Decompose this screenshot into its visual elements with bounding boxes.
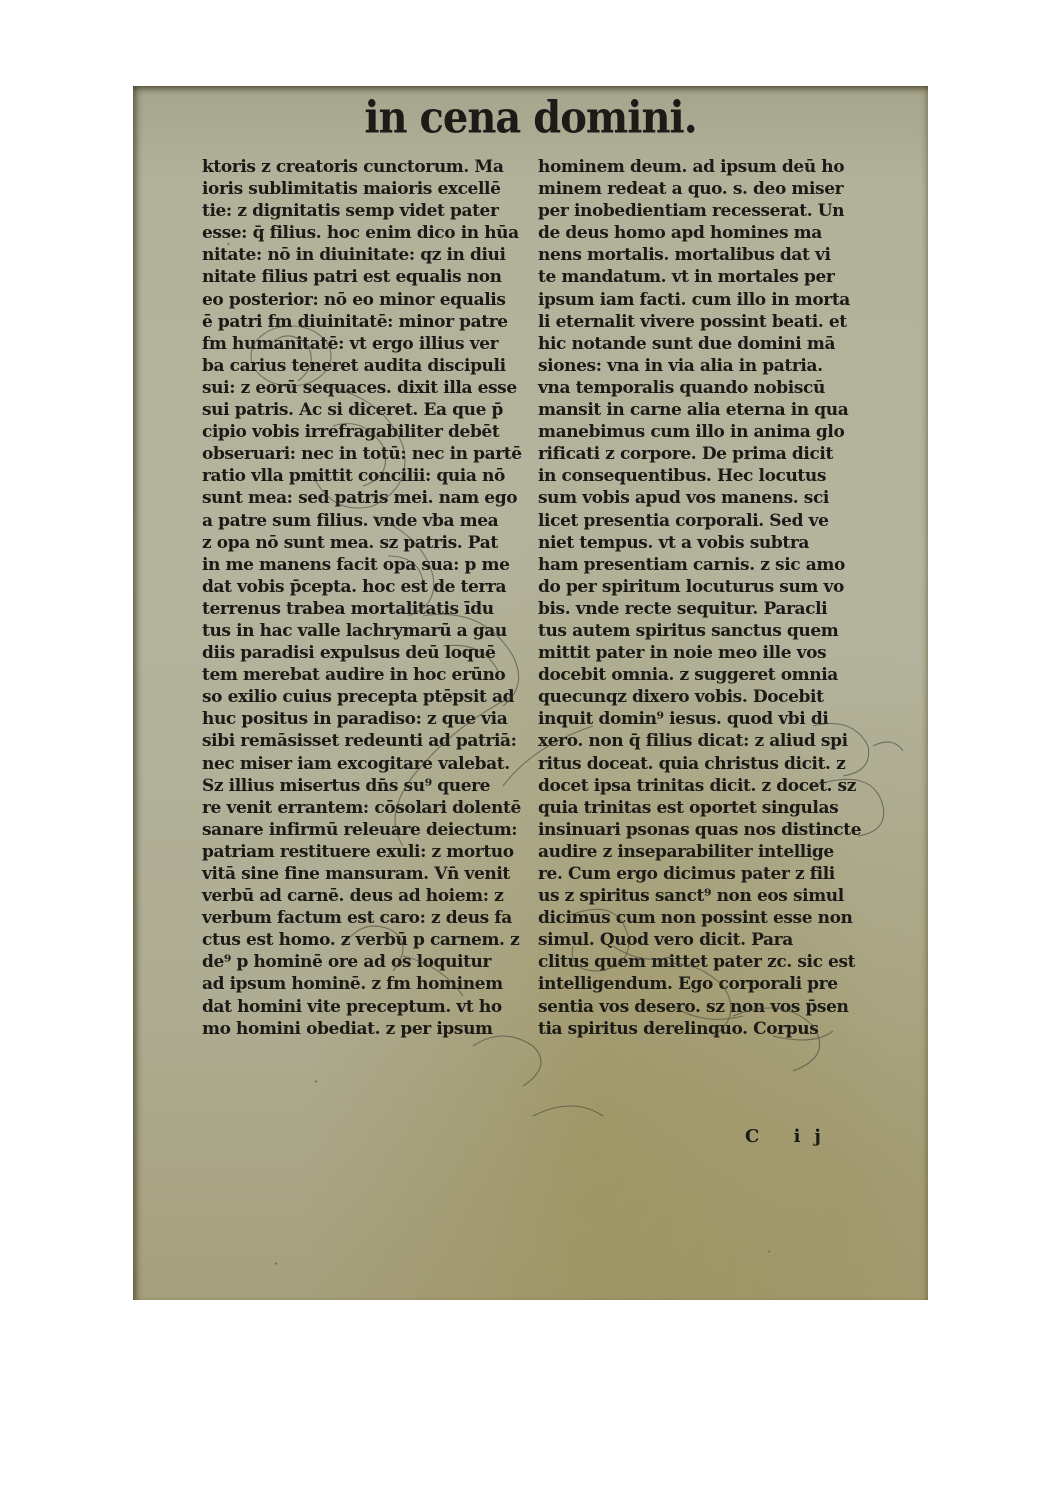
text-line: niet tempus. vt a vobis subtra <box>538 532 878 554</box>
text-line: xero. non q̄ filius dicat: z aliud spi <box>538 730 878 752</box>
text-line: ritus doceat. quia christus dicit. z <box>538 753 878 775</box>
text-line: Sz illius misertus dn̄s su⁹ quere <box>202 775 542 797</box>
text-line: docebit omnia. z suggeret omnia <box>538 664 878 686</box>
text-line: nec miser iam excogitare valebat. <box>202 753 542 775</box>
running-head: in cena domini. <box>133 92 928 144</box>
text-line: sui: z eorū sequaces. dixit illa esse <box>202 377 542 399</box>
text-line: re. Cum ergo dicimus pater z fili <box>538 863 878 885</box>
text-line: dicimus cum non possint esse non <box>538 907 878 929</box>
text-line: mo homini obediat. z per ipsum <box>202 1018 542 1040</box>
text-line: inquit domin⁹ iesus. quod vbi di <box>538 708 878 730</box>
text-line: mittit pater in noie meo ille vos <box>538 642 878 664</box>
text-line: hic notande sunt due domini mā <box>538 333 878 355</box>
text-line: ioris sublimitatis maioris excellē <box>202 178 542 200</box>
text-line: terrenus trabea mortalitatis īdu <box>202 598 542 620</box>
text-line: dat vobis p̄cepta. hoc est de terra <box>202 576 542 598</box>
text-line: patriam restituere exuli: z mortuo <box>202 841 542 863</box>
text-line: quecunqz dixero vobis. Docebit <box>538 686 878 708</box>
text-line: minem redeat a quo. s. deo miser <box>538 178 878 200</box>
text-line: insinuari psonas quas nos distincte <box>538 819 878 841</box>
text-line: ham presentiam carnis. z sic amo <box>538 554 878 576</box>
text-line: per inobedientiam recesserat. Un <box>538 200 878 222</box>
text-line: sentia vos desero. sz non vos p̄sen <box>538 996 878 1018</box>
text-line: manebimus cum illo in anima glo <box>538 421 878 443</box>
book-page: in cena domini. ktoris z creatoris cunct… <box>133 86 928 1300</box>
text-line: verbum factum est caro: z deus fa <box>202 907 542 929</box>
text-line: de deus homo apd homines ma <box>538 222 878 244</box>
text-line: sibi remāsisset redeunti ad patriā: <box>202 730 542 752</box>
text-line: te mandatum. vt in mortales per <box>538 266 878 288</box>
text-line: ratio vlla pmittit concilii: quia nō <box>202 465 542 487</box>
text-line: tem merebat audire in hoc erūno <box>202 664 542 686</box>
text-line: ba carius teneret audita discipuli <box>202 355 542 377</box>
text-column-right: hominem deum. ad ipsum deū hominem redea… <box>538 156 878 1040</box>
text-line: intelligendum. Ego corporali pre <box>538 973 878 995</box>
text-line: in consequentibus. Hec locutus <box>538 465 878 487</box>
text-line: so exilio cuius precepta ptēpsit ad <box>202 686 542 708</box>
text-line: sunt mea: sed patris mei. nam ego <box>202 487 542 509</box>
text-line: esse: q̄ filius. hoc enim dico in hūa <box>202 222 542 244</box>
text-line: tia spiritus derelinquo. Corpus <box>538 1018 878 1040</box>
text-line: ctus est homo. z verbū p carnem. z <box>202 929 542 951</box>
text-line: eo posterior: nō eo minor equalis <box>202 289 542 311</box>
text-line: obseruari: nec in totū: nec in partē <box>202 443 542 465</box>
text-line: nitate: nō in diuinitate: qz in diui <box>202 244 542 266</box>
text-line: verbū ad carnē. deus ad hoiem: z <box>202 885 542 907</box>
signature-mark: C ij <box>745 1126 835 1147</box>
text-line: ē patri fm diuinitatē: minor patre <box>202 311 542 333</box>
text-line: a patre sum filius. vnde vba mea <box>202 510 542 532</box>
text-line: nitate filius patri est equalis non <box>202 266 542 288</box>
text-line: sanare infirmū releuare deiectum: <box>202 819 542 841</box>
text-line: quia trinitas est oportet singulas <box>538 797 878 819</box>
text-line: re venit errantem: cōsolari dolentē <box>202 797 542 819</box>
text-line: simul. Quod vero dicit. Para <box>538 929 878 951</box>
text-line: ad ipsum hominē. z fm hominem <box>202 973 542 995</box>
text-line: dat homini vite preceptum. vt ho <box>202 996 542 1018</box>
text-line: sum vobis apud vos manens. sci <box>538 487 878 509</box>
text-line: us z spiritus sanct⁹ non eos simul <box>538 885 878 907</box>
text-line: vna temporalis quando nobiscū <box>538 377 878 399</box>
text-line: vitā sine fine mansuram. Vn̄ venit <box>202 863 542 885</box>
text-line: licet presentia corporali. Sed ve <box>538 510 878 532</box>
text-line: cipio vobis irrefragabiliter debēt <box>202 421 542 443</box>
text-line: de⁹ p hominē ore ad os loquitur <box>202 951 542 973</box>
text-line: li eternalit vivere possint beati. et <box>538 311 878 333</box>
text-line: fm humanitatē: vt ergo illius ver <box>202 333 542 355</box>
text-line: tie: z dignitatis semp videt pater <box>202 200 542 222</box>
text-line: siones: vna in via alia in patria. <box>538 355 878 377</box>
text-column-left: ktoris z creatoris cunctorum. Maioris su… <box>202 156 542 1040</box>
text-line: rificati z corpore. De prima dicit <box>538 443 878 465</box>
text-line: hominem deum. ad ipsum deū ho <box>538 156 878 178</box>
text-line: docet ipsa trinitas dicit. z docet. sz <box>538 775 878 797</box>
text-line: huc positus in paradiso: z que via <box>202 708 542 730</box>
text-line: z opa nō sunt mea. sz patris. Pat <box>202 532 542 554</box>
text-line: do per spiritum locuturus sum vo <box>538 576 878 598</box>
text-line: clitus quem mittet pater zc. sic est <box>538 951 878 973</box>
text-line: nens mortalis. mortalibus dat vi <box>538 244 878 266</box>
text-line: tus autem spiritus sanctus quem <box>538 620 878 642</box>
text-line: audire z inseparabiliter intellige <box>538 841 878 863</box>
text-line: sui patris. Ac si diceret. Ea que p̄ <box>202 399 542 421</box>
text-line: ipsum iam facti. cum illo in morta <box>538 289 878 311</box>
text-line: diis paradisi expulsus deū loquē <box>202 642 542 664</box>
text-line: tus in hac valle lachrymarū a gau <box>202 620 542 642</box>
text-line: mansit in carne alia eterna in qua <box>538 399 878 421</box>
text-line: in me manens facit opa sua: p me <box>202 554 542 576</box>
text-line: ktoris z creatoris cunctorum. Ma <box>202 156 542 178</box>
text-line: bis. vnde recte sequitur. Paracli <box>538 598 878 620</box>
